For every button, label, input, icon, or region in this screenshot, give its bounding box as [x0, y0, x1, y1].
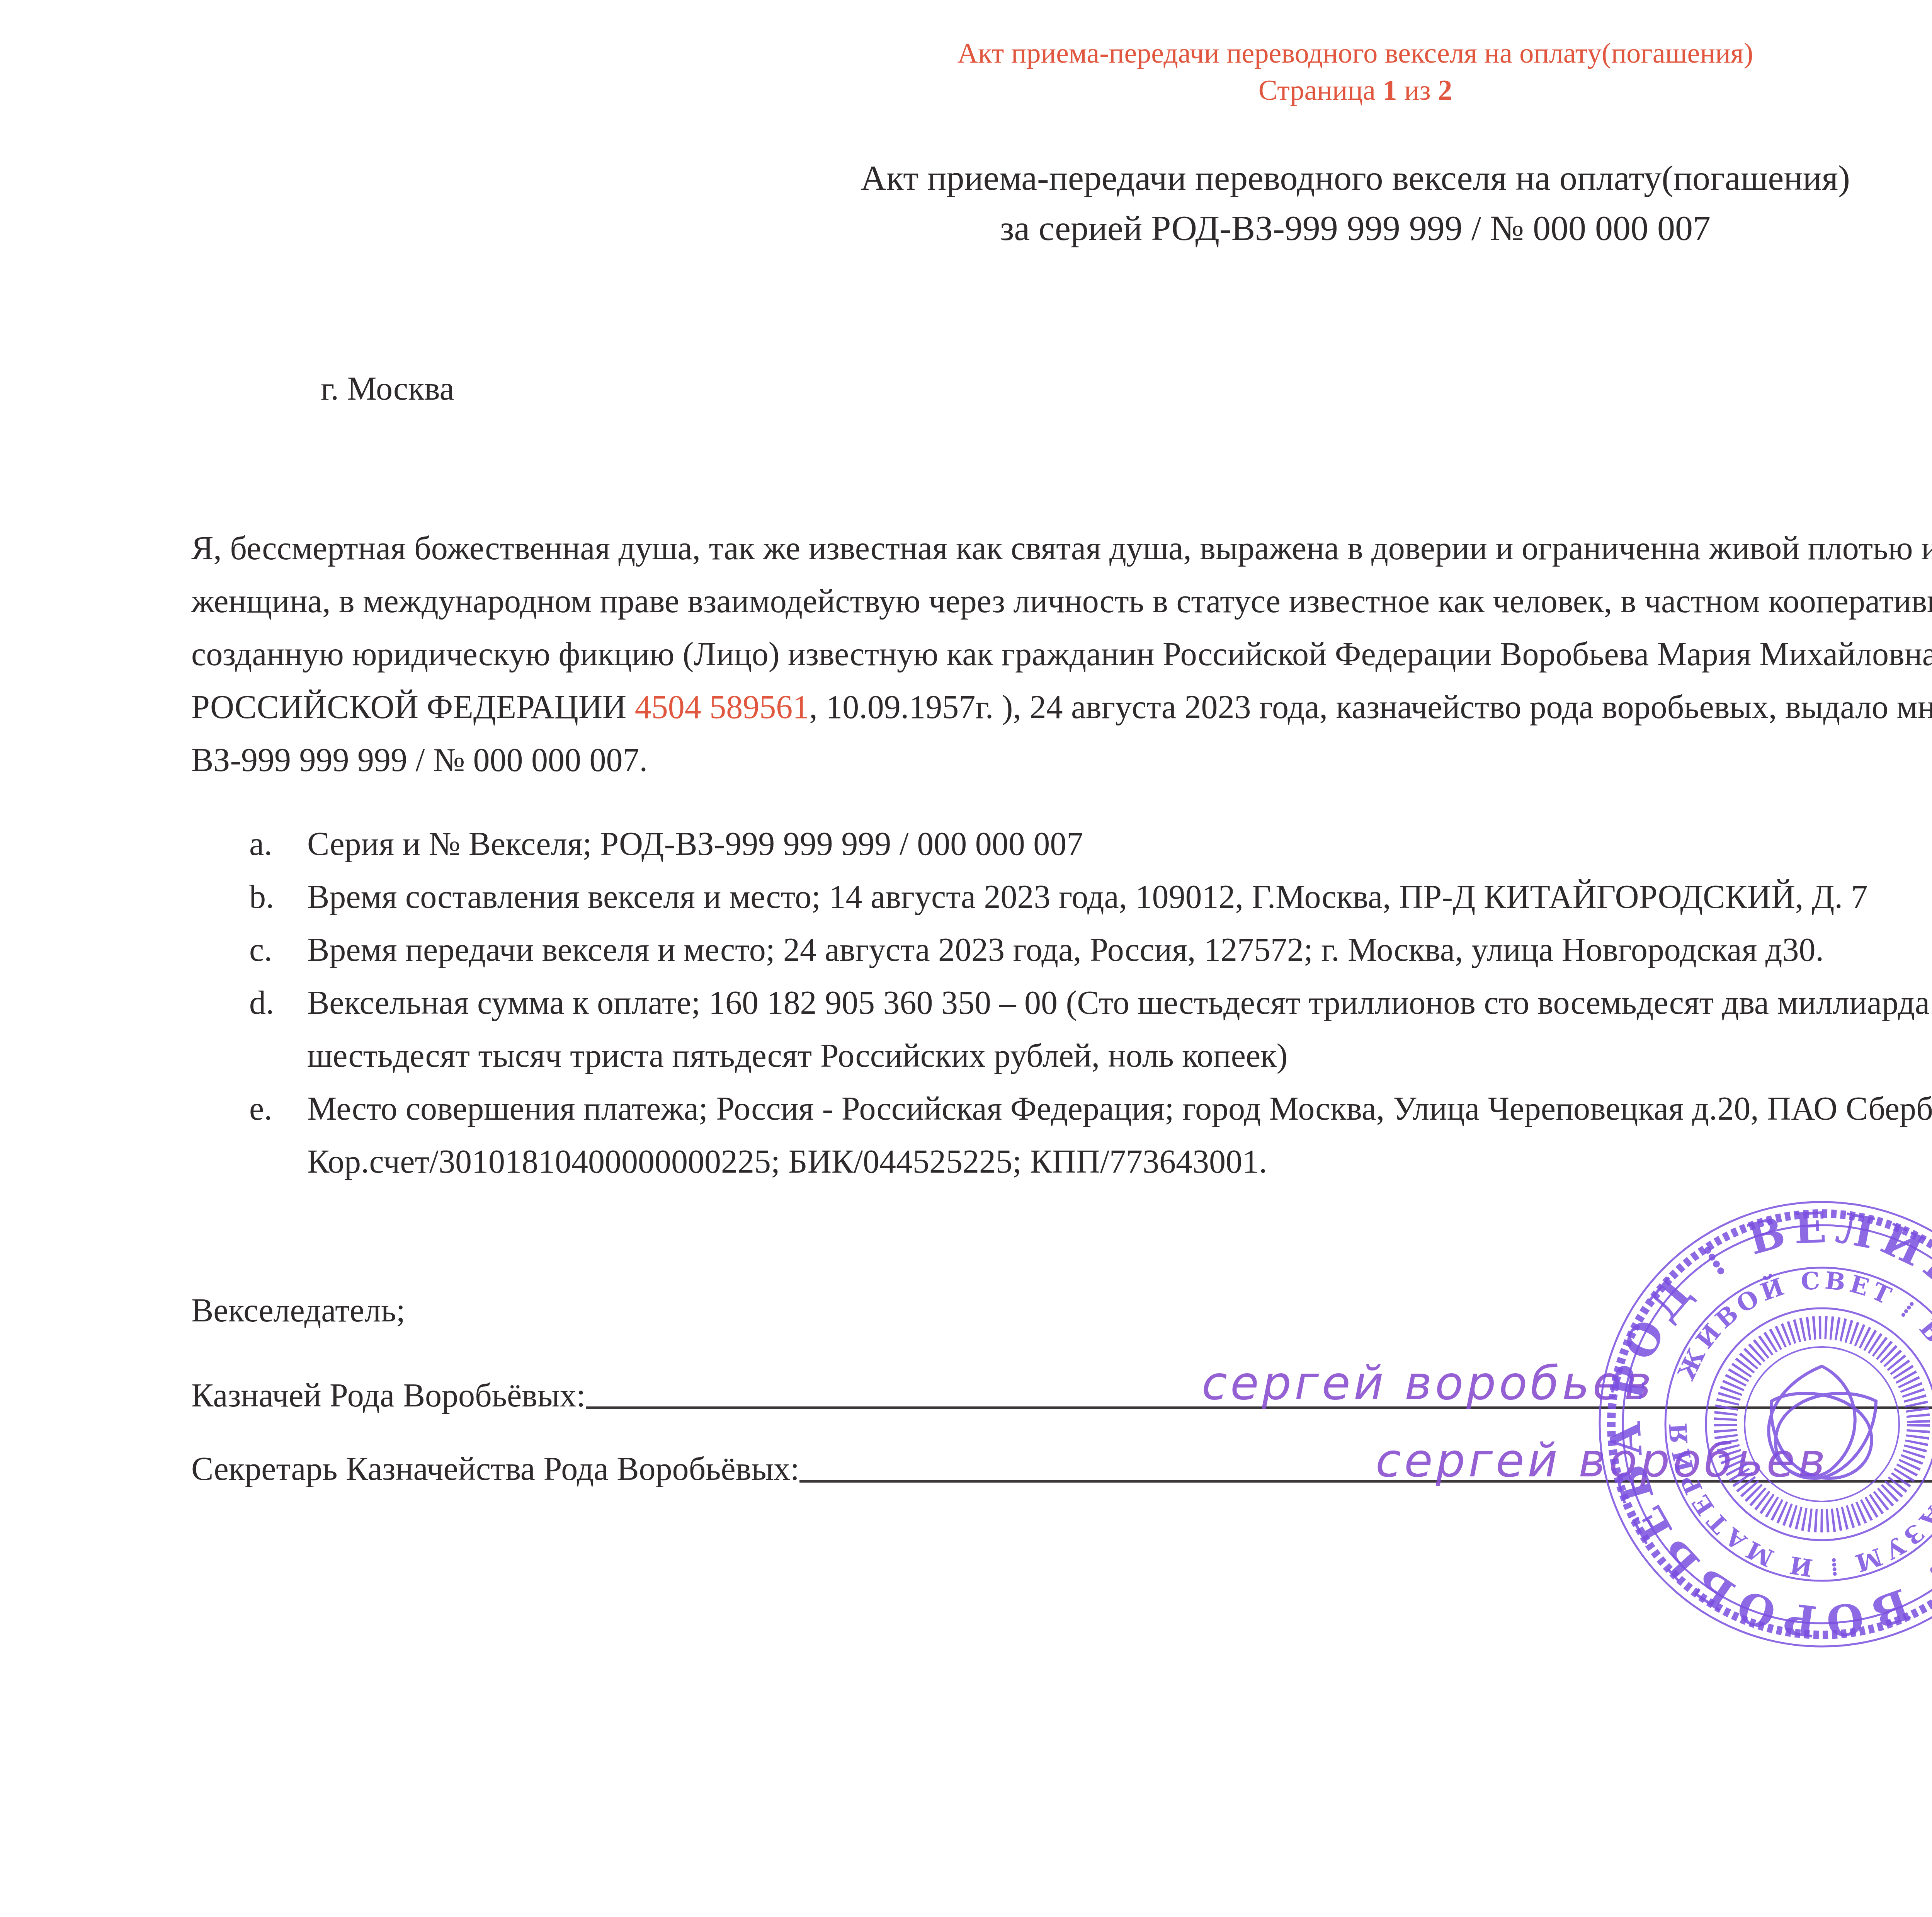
- stamp-outer-text: РОД ⁞ ВЕЛИКАЯ ЧЕТЬ ⁞ ВОРОБЬЕВА: [1600, 1202, 1932, 1647]
- document-title: Акт приема-передачи переводного векселя …: [0, 153, 1932, 253]
- list-item: d.Вексельная сумма к оплате; 160 182 905…: [191, 976, 1932, 1082]
- title-line-2: за серией РОД-ВЗ-999 999 999 / № 000 000…: [0, 203, 1932, 253]
- page-header: Акт приема-передачи переводного векселя …: [0, 35, 1932, 109]
- list-item: b.Время составления векселя и место; 14 …: [191, 870, 1932, 923]
- treasurer-signature: сергей воробьев: [1202, 1357, 1655, 1410]
- secretary-label: Секретарь Казначейства Рода Воробьёвых:: [191, 1449, 799, 1488]
- drawer-label: Векселедатель;: [191, 1291, 405, 1330]
- list-item: e.Место совершения платежа; Россия - Рос…: [191, 1082, 1932, 1188]
- list-item: c.Время передачи векселя и место; 24 авг…: [191, 923, 1932, 976]
- bill-details-list: a.Серия и № Векселя; РОД-ВЗ-999 999 999 …: [191, 817, 1932, 1188]
- title-line-1: Акт приема-передачи переводного векселя …: [0, 153, 1932, 203]
- page-indicator: Страница 1 из 2: [0, 72, 1932, 109]
- page-current: 1: [1383, 75, 1397, 106]
- body-paragraph: Я, бессмертная божественная душа, так же…: [191, 522, 1932, 787]
- treasurer-label: Казначей Рода Воробьёвых:: [191, 1376, 586, 1415]
- header-title: Акт приема-передачи переводного векселя …: [0, 35, 1932, 72]
- stamp-inner-text: ЖИВОЙ СВЕТ ⁞ ВЕЧНЫЙ РАЗУМ ⁞ И МАТЕРИЯ: [1664, 1266, 1932, 1582]
- round-seal-stamp: РОД ⁞ ВЕЛИКАЯ ЧЕТЬ ⁞ ВОРОБЬЕВА ЖИВОЙ СВЕ…: [1598, 1200, 1932, 1648]
- page-total: 2: [1438, 75, 1452, 106]
- passport-number: 4504 589561: [635, 688, 810, 725]
- list-item: a.Серия и № Векселя; РОД-ВЗ-999 999 999 …: [191, 817, 1932, 870]
- document-place: г. Москва: [321, 369, 454, 408]
